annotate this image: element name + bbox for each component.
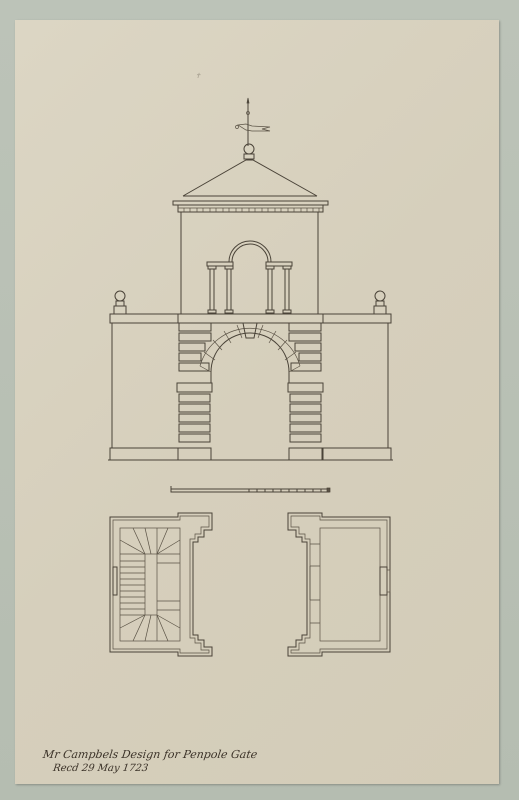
columns bbox=[208, 266, 291, 313]
ball-finial-left bbox=[114, 291, 126, 314]
ground-plan-right bbox=[288, 513, 390, 656]
arch-voussoirs bbox=[200, 325, 300, 383]
scale-bar bbox=[171, 486, 330, 492]
caption-title: Mr Campbels Design for Penpole Gate bbox=[42, 748, 258, 761]
architectural-drawing bbox=[0, 0, 519, 800]
ball-finial-right bbox=[374, 291, 386, 314]
rusticated-pier-right bbox=[288, 323, 323, 460]
caption: Mr Campbels Design for Penpole Gate Recd… bbox=[40, 748, 258, 776]
caption-date: Recd 29 May 1723 bbox=[52, 762, 256, 776]
elevation-view bbox=[108, 98, 393, 460]
ground-plan-left bbox=[110, 513, 212, 656]
rusticated-pier-left bbox=[177, 323, 212, 460]
weathervane-icon bbox=[236, 98, 271, 146]
